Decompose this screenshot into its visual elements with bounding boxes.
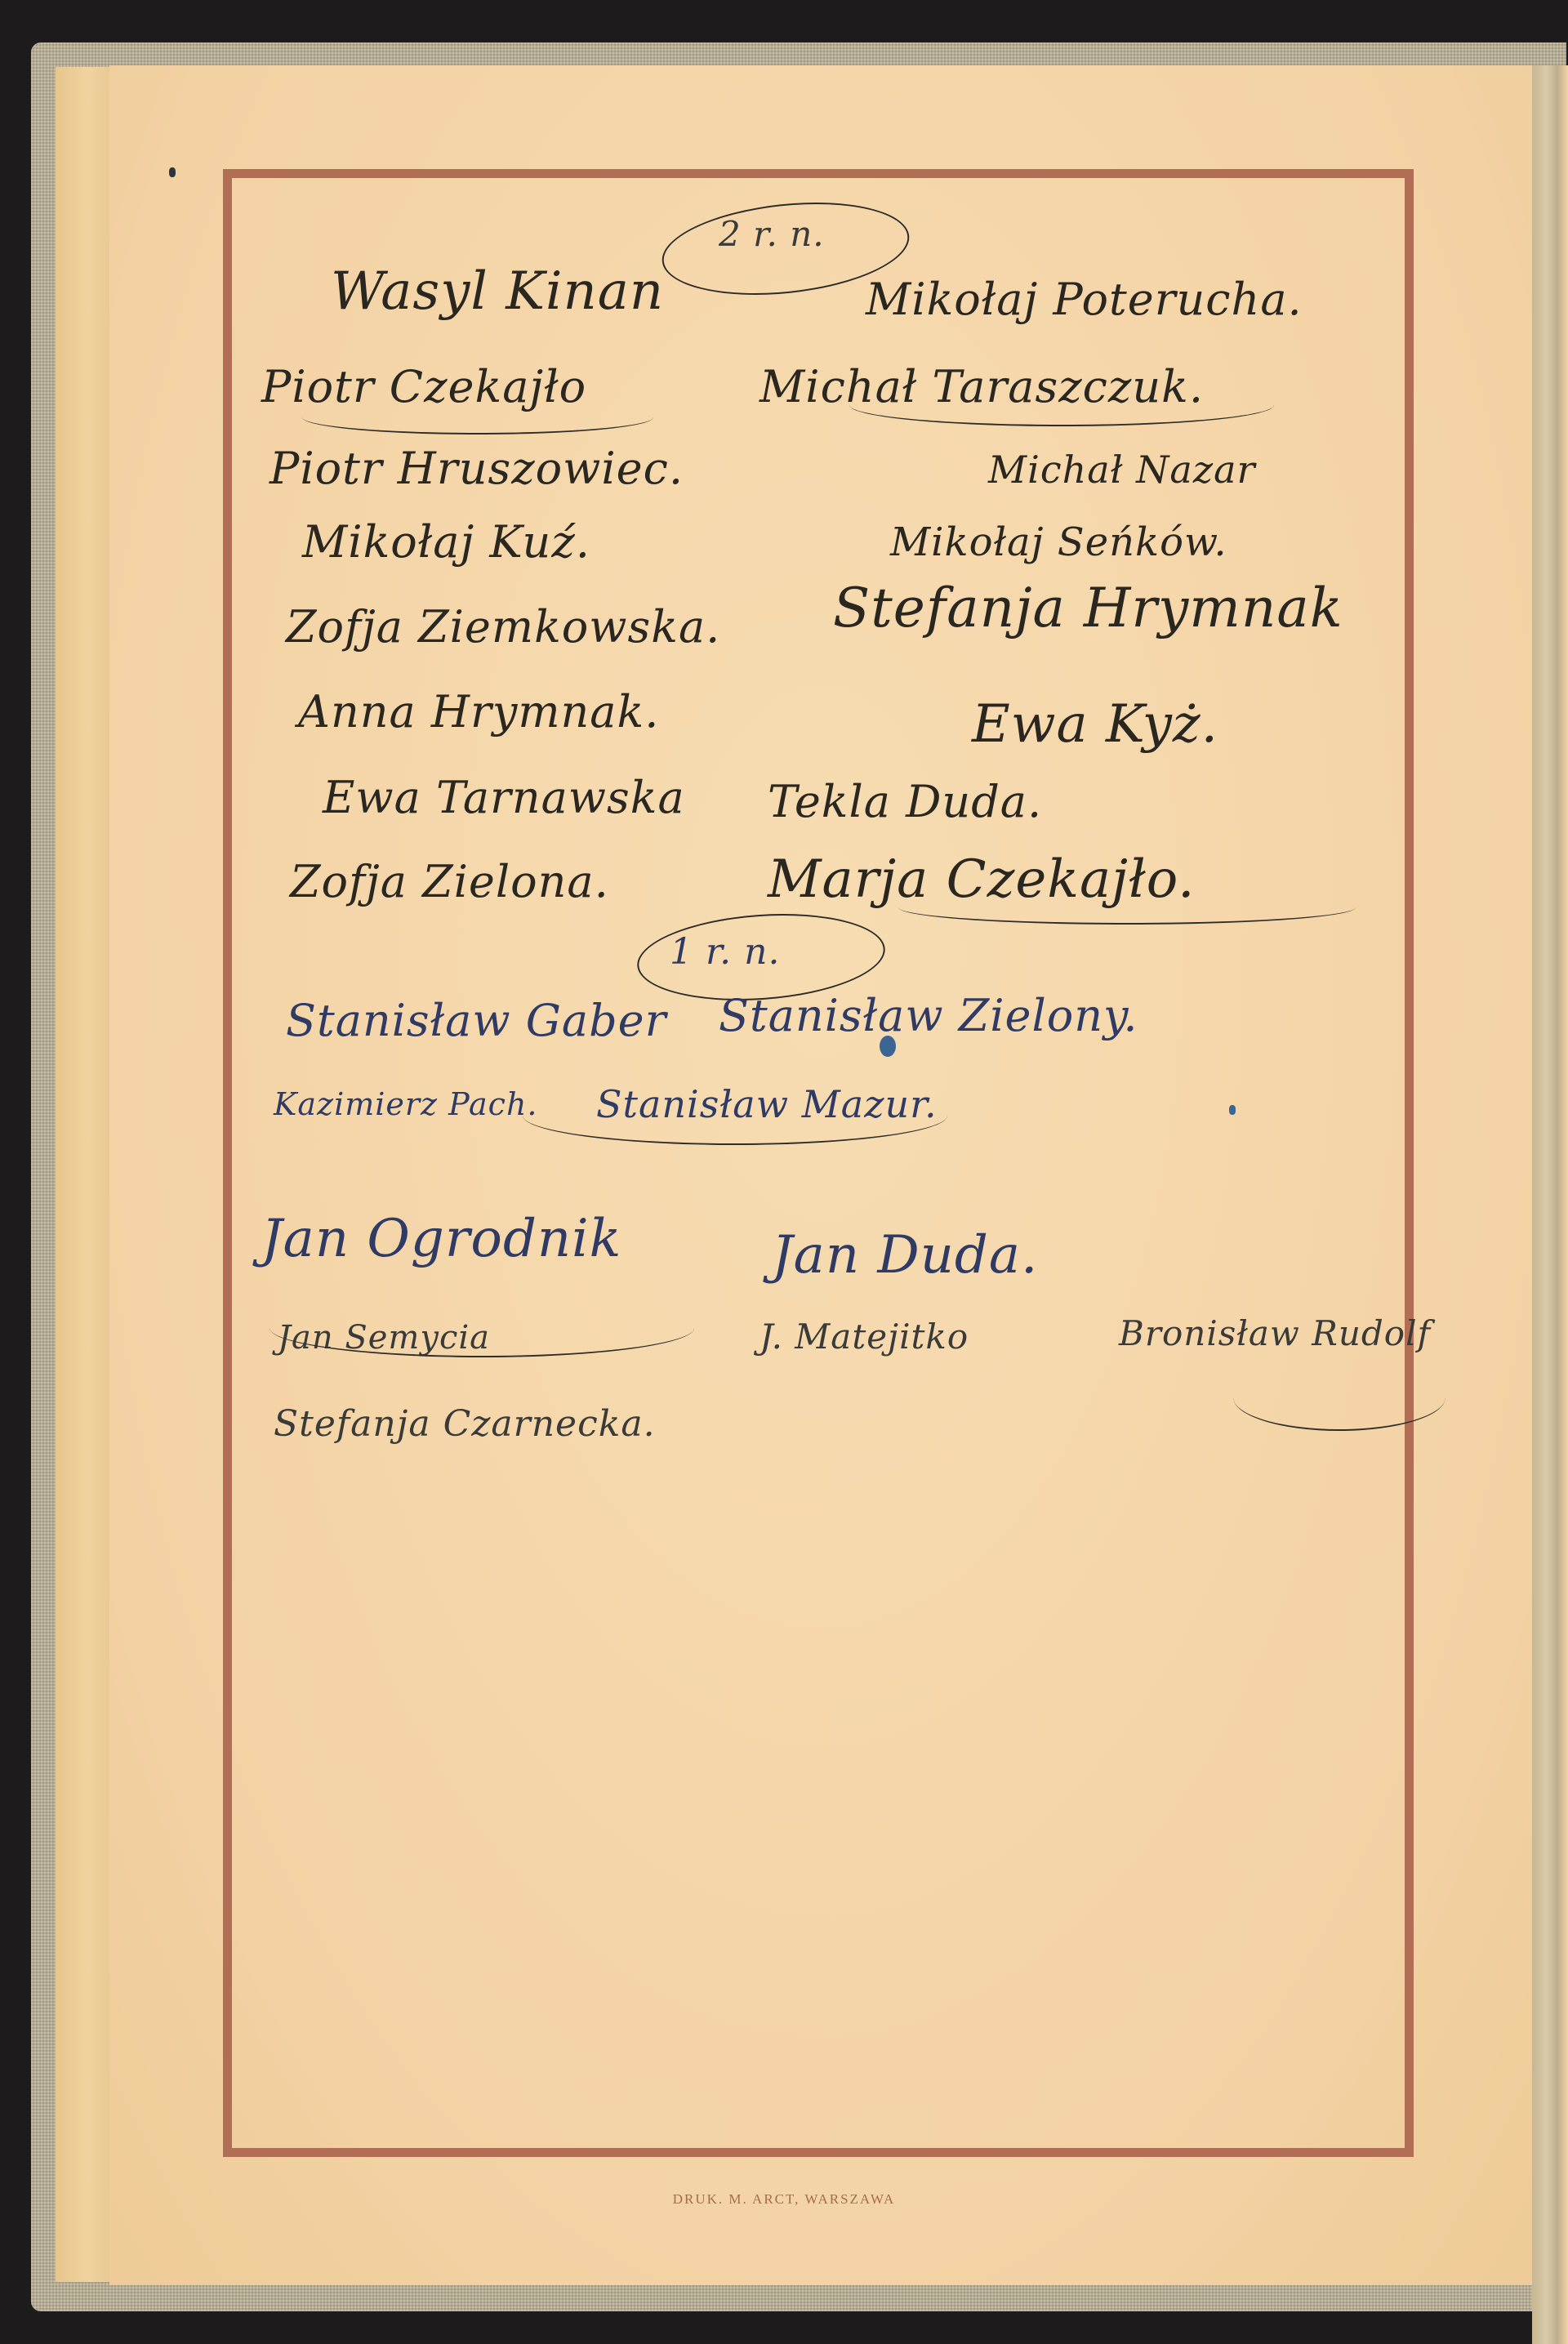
signature: Stefanja Hrymnak bbox=[833, 577, 1343, 639]
flourish-stroke bbox=[269, 1299, 694, 1357]
signature: Stanisław Gaber bbox=[286, 995, 666, 1046]
ink-speck bbox=[1229, 1105, 1236, 1115]
ink-blot bbox=[880, 1036, 896, 1057]
signature: Mikołaj Kuź. bbox=[302, 516, 590, 568]
signature: Piotr Hruszowiec. bbox=[269, 443, 684, 494]
signature: Zofja Zielona. bbox=[290, 856, 609, 907]
flourish-stroke bbox=[1233, 1364, 1445, 1431]
signature: Stanisław Zielony. bbox=[719, 990, 1138, 1041]
signature: Tekla Duda. bbox=[768, 776, 1042, 827]
signature: Michał Nazar bbox=[988, 448, 1256, 492]
signature: Zofja Ziemkowska. bbox=[286, 601, 720, 653]
flourish-stroke bbox=[849, 384, 1274, 426]
section-heading: 1 r. n. bbox=[670, 931, 780, 973]
signature: Jan Ogrodnik bbox=[261, 1209, 621, 1269]
signature: Wasyl Kinan bbox=[331, 261, 664, 322]
signature: Anna Hrymnak. bbox=[298, 686, 659, 738]
signature: Stefanja Czarnecka. bbox=[274, 1403, 656, 1445]
flourish-stroke bbox=[302, 400, 653, 434]
ink-speck bbox=[169, 167, 176, 177]
signature: Mikołaj Seńków. bbox=[890, 519, 1227, 565]
signature: Kazimierz Pach. bbox=[274, 1086, 538, 1122]
page-edges bbox=[56, 67, 112, 2282]
printer-imprint: DRUK. M. ARCT, WARSZAWA bbox=[0, 2191, 1568, 2208]
signature: J. Matejitko bbox=[759, 1317, 969, 1357]
signature: Ewa Tarnawska bbox=[323, 772, 685, 823]
signature: Ewa Kyż. bbox=[972, 694, 1218, 755]
section-heading: 2 r. n. bbox=[719, 214, 825, 254]
flourish-stroke bbox=[523, 1086, 947, 1145]
signature: Jan Duda. bbox=[772, 1225, 1038, 1286]
signature: Mikołaj Poteruchа. bbox=[866, 274, 1303, 325]
book-gutter bbox=[1532, 65, 1568, 2344]
signature: Bronisław Rudolf bbox=[1119, 1313, 1431, 1353]
flourish-stroke bbox=[898, 890, 1356, 925]
